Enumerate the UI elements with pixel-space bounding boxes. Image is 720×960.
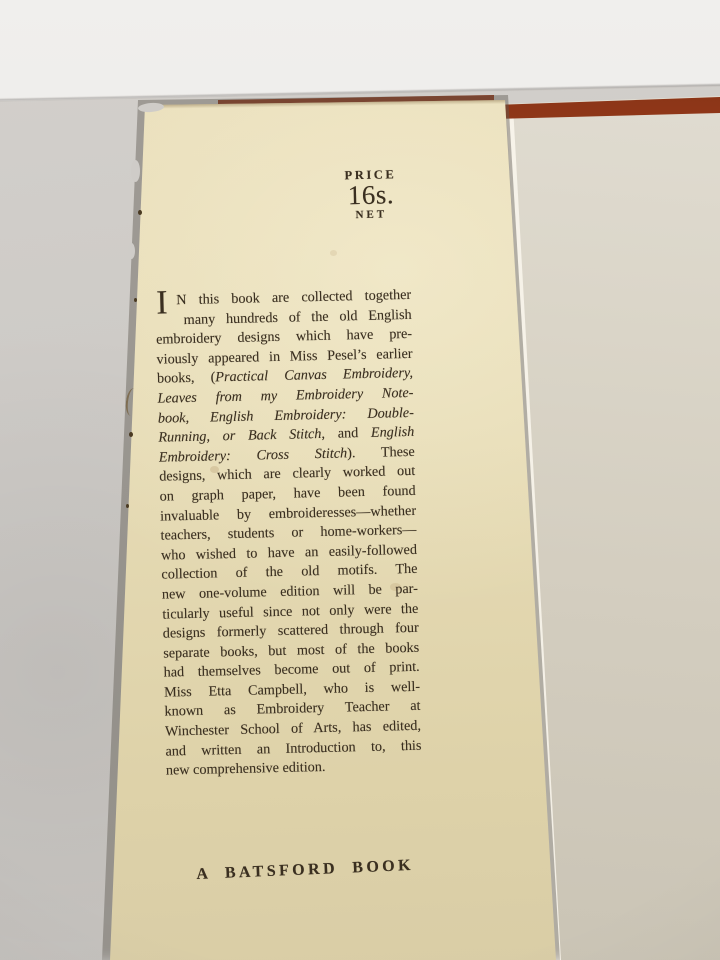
blurb-lines: N this book are collected togethermany h… [155,286,422,782]
price-block: PRICE 16s. NET [297,166,444,223]
flap-printed-content: PRICE 16s. NET I N this book are collect… [0,0,720,960]
publisher-line: A BATSFORD BOOK [175,856,436,885]
blurb-dropcap: I [156,286,168,320]
photo-scene: PRICE 16s. NET I N this book are collect… [0,0,720,960]
price-net: NET [298,207,444,223]
price-amount: 16s. [298,180,445,210]
blurb-paragraph: I N this book are collected togethermany… [155,286,422,782]
